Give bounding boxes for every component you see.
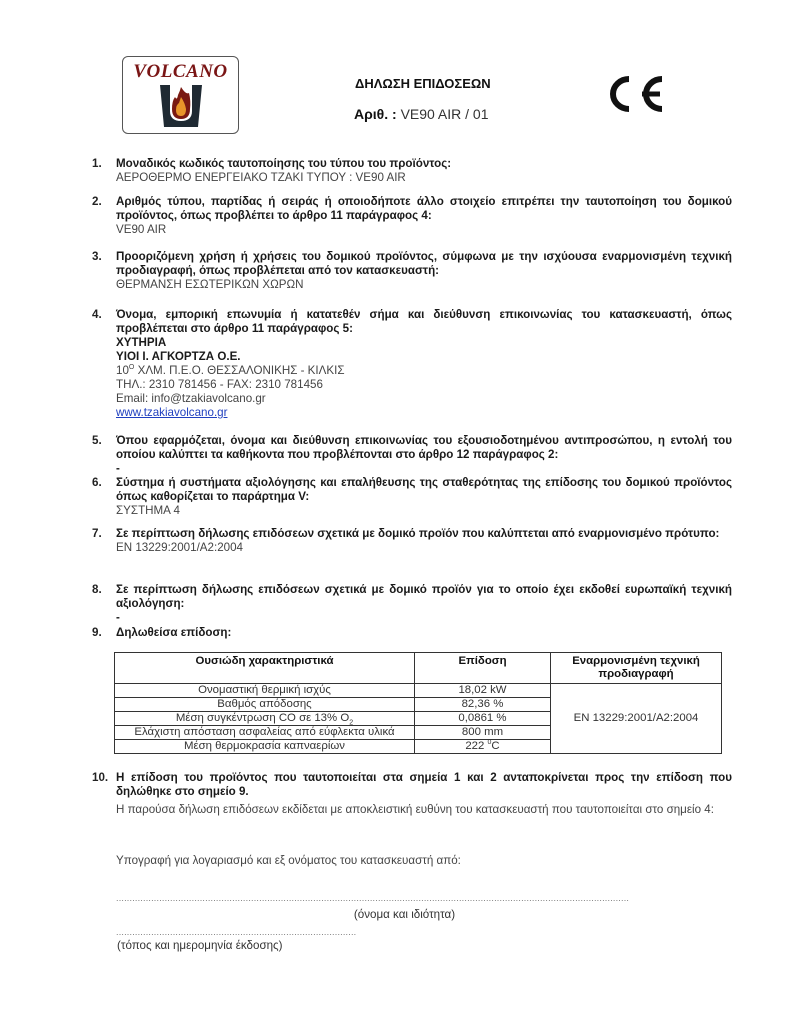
section-answer: - (116, 611, 732, 625)
document-number: Αριθ. : VE90 AIR / 01 (354, 106, 489, 122)
logo-text: VOLCANO (123, 61, 238, 83)
section-answer: EN 13229:2001/A2:2004 (116, 541, 732, 555)
header-performance: Επίδοση (415, 653, 551, 684)
characteristic-text: Μέση συγκέντρωση CO σε 13% O (176, 712, 349, 724)
table-header-row: Ουσιώδη χαρακτηριστικά Επίδοση Εναρμονισ… (115, 653, 722, 684)
declared-performance-table: Ουσιώδη χαρακτηριστικά Επίδοση Εναρμονισ… (114, 652, 722, 754)
section-number: 8. (92, 583, 102, 597)
characteristic-cell: Μέση συγκέντρωση CO σε 13% O2 (115, 712, 415, 726)
place-date-line: ........................................… (116, 927, 364, 937)
responsibility-statement: Η παρούσα δήλωση επιδόσεων εκδίδεται με … (116, 802, 732, 817)
document-number-value: VE90 AIR / 01 (401, 106, 489, 122)
name-and-title-caption: (όνομα και ιδιότητα) (0, 908, 809, 921)
section-question: Μοναδικός κωδικός ταυτοποίησης του τύπου… (116, 157, 732, 171)
section-1: 1. Μοναδικός κωδικός ταυτοποίησης του τύ… (92, 157, 732, 185)
place-and-date-caption: (τόπος και ημερομηνία έκδοσης) (117, 939, 283, 952)
section-5: 5. Όπου εφαρμόζεται, όνομα και διεύθυνση… (92, 434, 732, 476)
section-question: Σε περίπτωση δήλωσης επιδόσεων σχετικά μ… (116, 527, 732, 541)
performance-value: 222 (465, 740, 487, 752)
document-number-label: Αριθ. : (354, 106, 397, 122)
section-question: Όπου εφαρμόζεται, όνομα και διεύθυνση επ… (116, 434, 732, 462)
signature-line: ........................................… (116, 893, 728, 903)
ce-mark-icon (602, 74, 666, 114)
section-answer: VE90 AIR (116, 223, 732, 237)
section-question: Σύστημα ή συστήματα αξιολόγησης και επαλ… (116, 476, 732, 504)
characteristic-cell: Ελάχιστη απόσταση ασφαλείας από εύφλεκτα… (115, 726, 415, 740)
section-answer: ΣΥΣΤΗΜΑ 4 (116, 504, 732, 518)
company-email: Email: info@tzakiavolcano.gr (116, 392, 732, 406)
performance-cell: 18,02 kW (415, 684, 551, 698)
performance-cell: 82,36 % (415, 698, 551, 712)
characteristic-cell: Μέση θερμοκρασία καπναερίων (115, 740, 415, 754)
performance-cell: 0,0861 % (415, 712, 551, 726)
performance-unit: C (491, 740, 499, 752)
performance-cell: 800 mm (415, 726, 551, 740)
characteristic-cell: Βαθμός απόδοσης (115, 698, 415, 712)
section-2: 2. Αριθμός τύπου, παρτίδας ή σειράς ή οπ… (92, 195, 732, 237)
section-3: 3. Προοριζόμενη χρήση ή χρήσεις του δομι… (92, 250, 732, 292)
section-answer: ΑΕΡΟΘΕΡΜΟ ΕΝΕΡΓΕΙΑΚΟ ΤΖΑΚΙ ΤΥΠΟΥ : VE90 … (116, 171, 732, 185)
characteristic-cell: Ονομαστική θερμική ισχύς (115, 684, 415, 698)
address-rest: ΧΛΜ. Π.Ε.Ο. ΘΕΣΣΑΛΟΝΙΚΗΣ - ΚΙΛΚΙΣ (134, 364, 344, 377)
specification-cell: EN 13229:2001/A2:2004 (551, 684, 722, 754)
section-8: 8. Σε περίπτωση δήλωσης επιδόσεων σχετικ… (92, 583, 732, 625)
section-number: 5. (92, 434, 102, 448)
section-number: 6. (92, 476, 102, 490)
section-7: 7. Σε περίπτωση δήλωσης επιδόσεων σχετικ… (92, 527, 732, 555)
section-answer: ΘΕΡΜΑΝΣΗ ΕΣΩΤΕΡΙΚΩΝ ΧΩΡΩΝ (116, 278, 732, 292)
header-harmonised-specification: Εναρμονισμένη τεχνική προδιαγραφή (551, 653, 722, 684)
section-question: Όνομα, εμπορική επωνυμία ή κατατεθέν σήμ… (116, 308, 732, 336)
section-question: Σε περίπτωση δήλωσης επιδόσεων σχετικά μ… (116, 583, 732, 611)
document-title: ΔΗΛΩΣΗ ΕΠΙΔΟΣΕΩΝ (355, 76, 491, 91)
table-row: Ονομαστική θερμική ισχύς 18,02 kW EN 132… (115, 684, 722, 698)
section-9: 9. Δηλωθείσα επίδοση: (92, 626, 732, 640)
section-question: Η επίδοση του προϊόντος που ταυτοποιείτα… (116, 771, 732, 799)
section-number: 3. (92, 250, 102, 264)
signed-by-statement: Υπογραφή για λογαριασμό και εξ ονόματος … (116, 853, 732, 868)
company-address: 10Ο ΧΛΜ. Π.Ε.Ο. ΘΕΣΣΑΛΟΝΙΚΗΣ - ΚΙΛΚΙΣ (116, 364, 732, 378)
section-number: 2. (92, 195, 102, 209)
header-essential-characteristics: Ουσιώδη χαρακτηριστικά (115, 653, 415, 684)
section-6: 6. Σύστημα ή συστήματα αξιολόγησης και ε… (92, 476, 732, 518)
flame-logo-icon (158, 83, 204, 129)
performance-cell: 222 0C (415, 740, 551, 754)
section-number: 4. (92, 308, 102, 322)
volcano-logo: VOLCANO (122, 56, 239, 134)
section-answer: - (116, 462, 732, 476)
section-number: 10. (92, 771, 108, 785)
section-number: 1. (92, 157, 102, 171)
address-km: 10 (116, 364, 129, 377)
section-question: Προοριζόμενη χρήση ή χρήσεις του δομικού… (116, 250, 732, 278)
section-number: 9. (92, 626, 102, 640)
company-website-link[interactable]: www.tzakiavolcano.gr (116, 406, 227, 419)
section-question: Δηλωθείσα επίδοση: (116, 626, 732, 640)
section-10: 10. Η επίδοση του προϊόντος που ταυτοποι… (92, 771, 732, 799)
company-name-line2: ΥΙΟΙ Ι. ΑΓΚΟΡΤΖΑ Ο.Ε. (116, 350, 732, 364)
company-phone: ΤΗΛ.: 2310 781456 - FAX: 2310 781456 (116, 378, 732, 392)
section-4: 4. Όνομα, εμπορική επωνυμία ή κατατεθέν … (92, 308, 732, 420)
section-number: 7. (92, 527, 102, 541)
company-name-line1: ΧΥΤΗΡΙΑ (116, 336, 732, 350)
declaration-of-performance-page: VOLCANO ΔΗΛΩΣΗ ΕΠΙΔΟΣΕΩΝ Αριθ. : VE90 AI… (0, 0, 809, 1024)
section-question: Αριθμός τύπου, παρτίδας ή σειράς ή οποιο… (116, 195, 732, 223)
